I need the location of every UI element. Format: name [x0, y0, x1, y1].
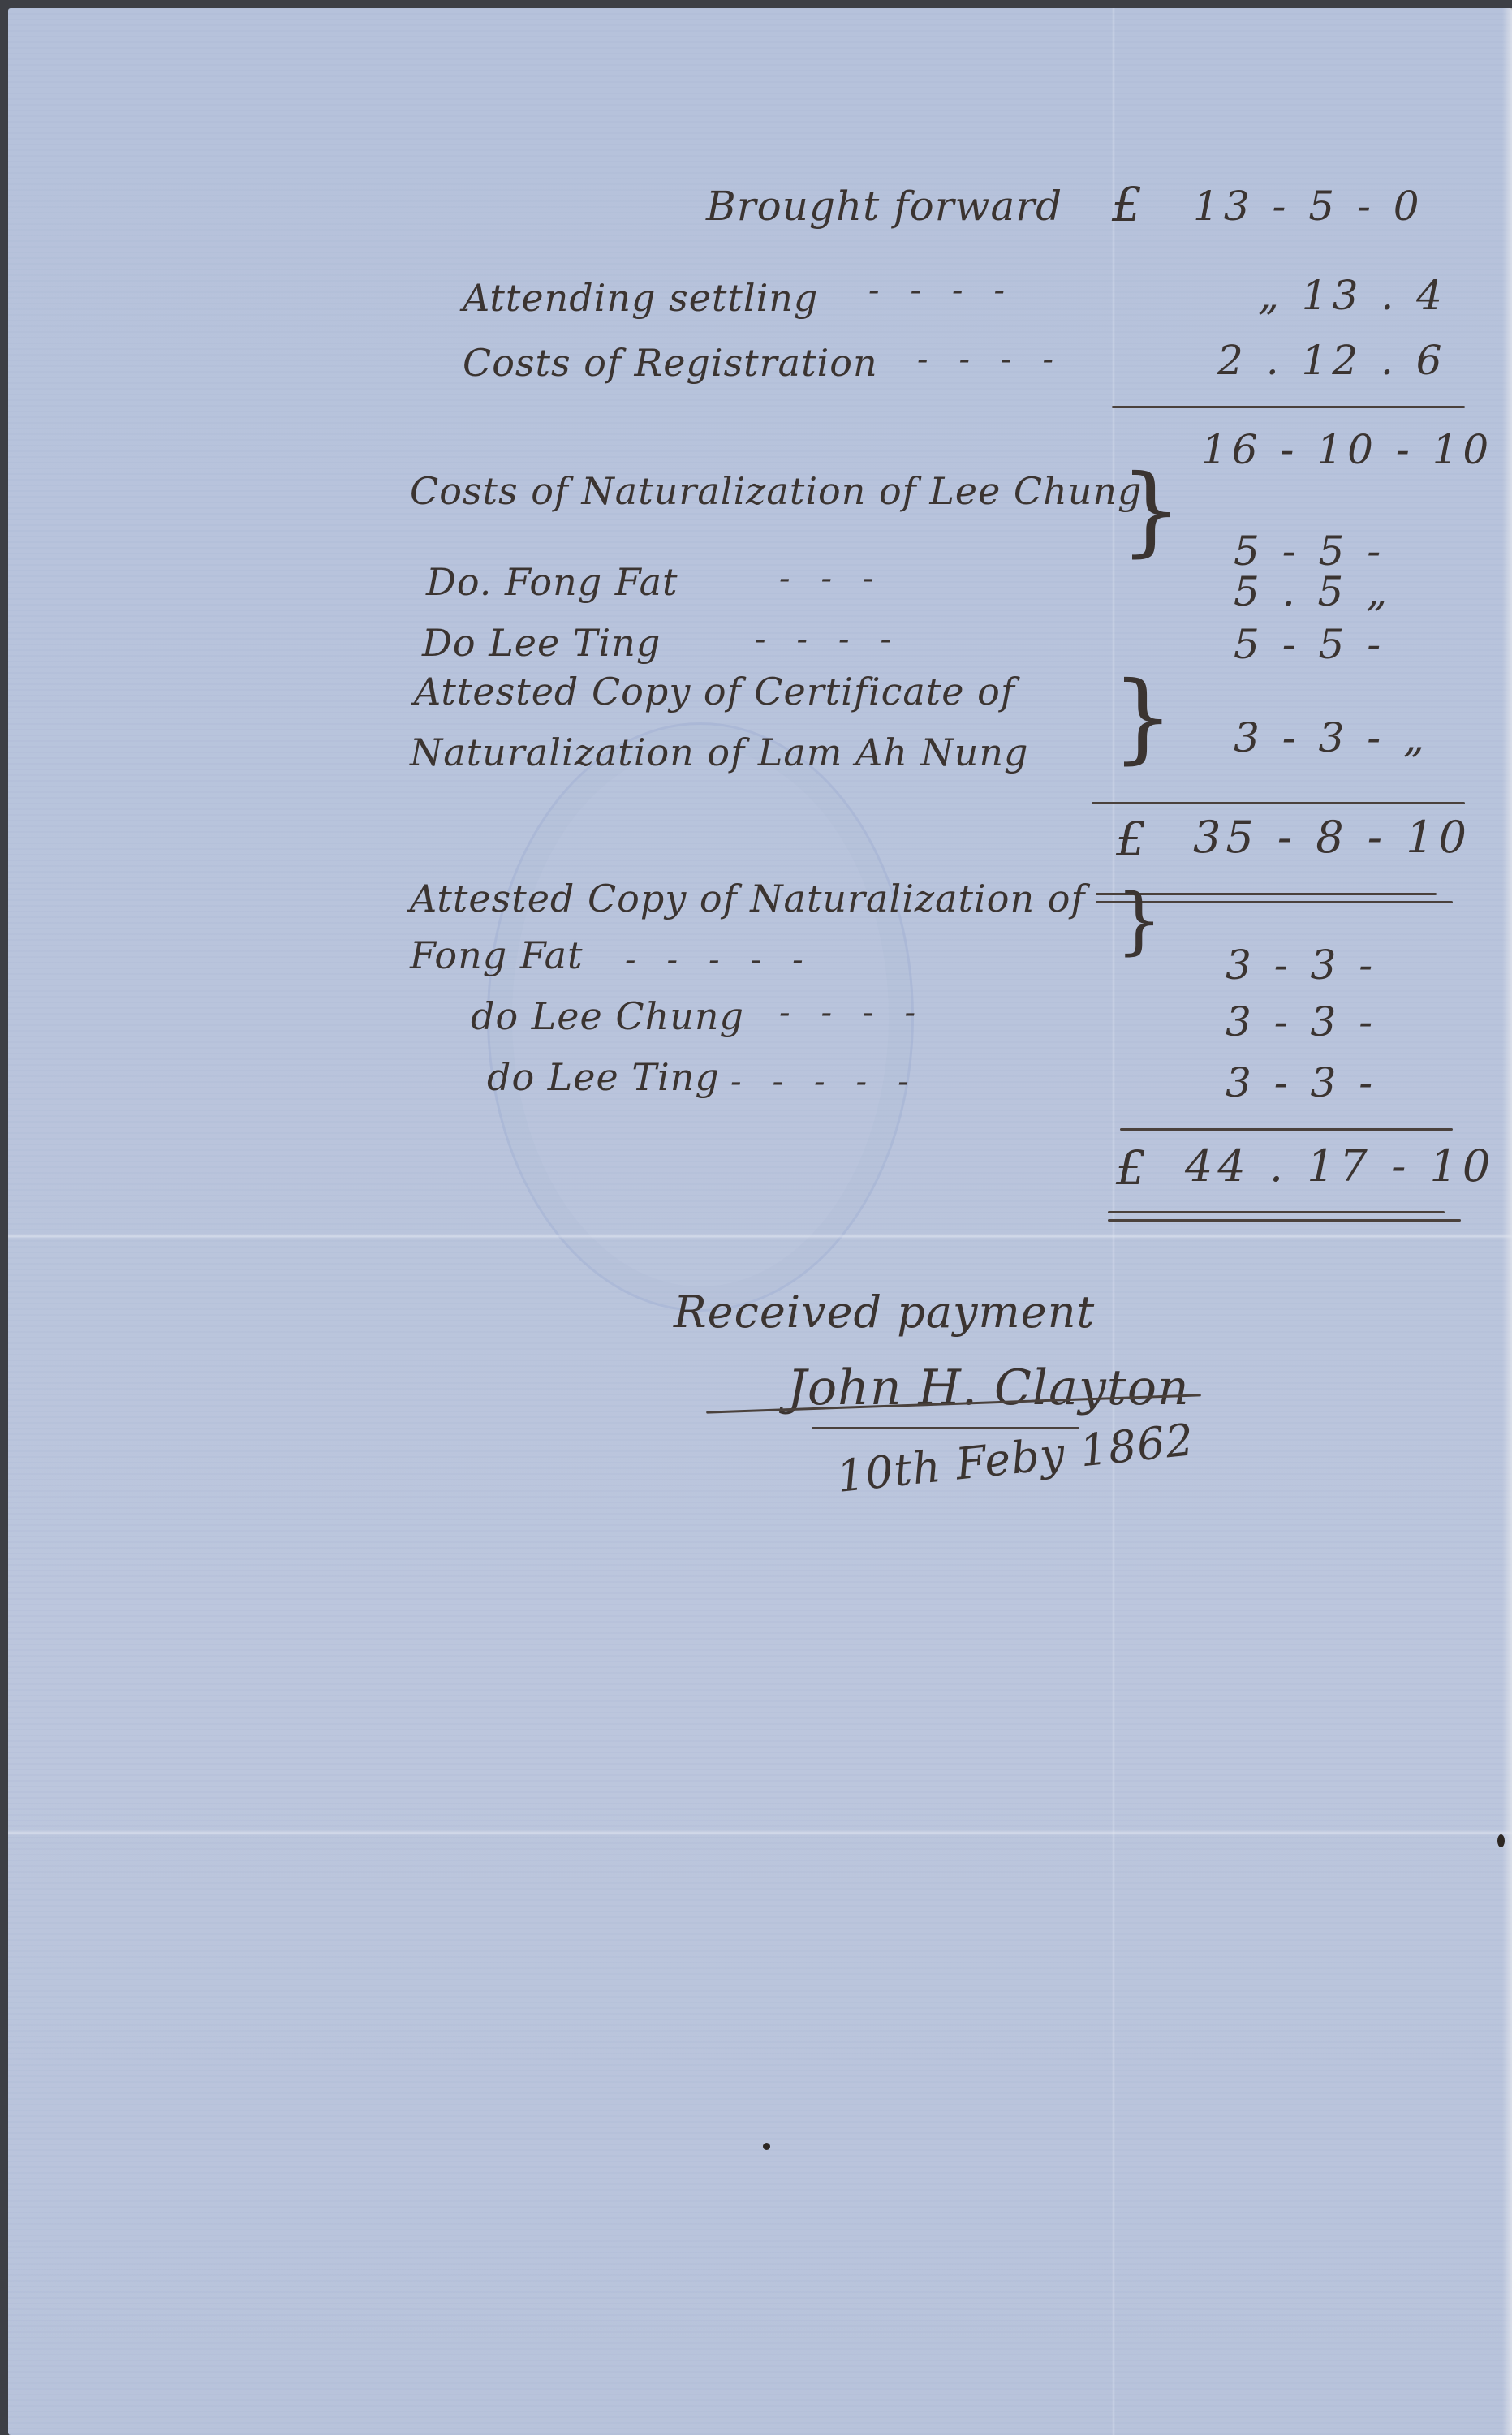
item-amount: 3 - 3 - „: [1234, 714, 1429, 761]
leader-dashes: ----: [868, 272, 1036, 309]
double-rule: [1108, 1211, 1445, 1213]
bracket: }: [1112, 670, 1174, 767]
currency-symbol: £: [1112, 177, 1147, 232]
fold-line: [8, 1830, 1512, 1835]
bracket: }: [1120, 463, 1182, 560]
item-label-line2: Naturalization of Lam Ah Nung: [410, 730, 1028, 774]
fold-line: [8, 1234, 1512, 1239]
sum-rule: [1112, 406, 1465, 408]
fold-line: [1112, 8, 1115, 2435]
brought-forward-label: Brought forward: [706, 183, 1062, 230]
item-amount: 3 - 3 -: [1226, 1059, 1377, 1106]
item-label: Do Lee Ting: [422, 621, 661, 665]
item-label: Costs of Registration: [463, 341, 878, 385]
currency-symbol: £: [1116, 1140, 1151, 1196]
brought-forward-amount: 13 - 5 - 0: [1193, 183, 1424, 230]
item-amount: 3 - 3 -: [1226, 942, 1377, 989]
double-rule: [1108, 1219, 1461, 1222]
item-amount: 5 . 5 „: [1234, 568, 1392, 615]
ink-dot: [763, 2143, 770, 2150]
item-label: Attending settling: [463, 276, 818, 320]
item-amount: 5 - 5 -: [1234, 621, 1385, 668]
item-amount: 3 - 3 -: [1226, 998, 1377, 1045]
leader-dashes: -----: [625, 942, 834, 979]
grand-total: 44 . 17 - 10: [1185, 1140, 1495, 1192]
subtotal-2: 35 - 8 - 10: [1193, 812, 1471, 863]
item-label-line2: Fong Fat: [410, 933, 584, 977]
leader-dashes: ----: [755, 621, 922, 658]
item-amount: 2 . 12 . 6: [1217, 337, 1447, 384]
item-amount: „ 13 . 4: [1258, 272, 1447, 319]
item-label: Do. Fong Fat: [426, 560, 678, 604]
paper-edge: [1502, 8, 1512, 2435]
bracket: }: [1116, 885, 1162, 958]
item-label: Costs of Naturalization of Lee Chung: [410, 469, 1142, 513]
document-page: Brought forward £ 13 - 5 - 0 Attending s…: [8, 8, 1512, 2435]
leader-dashes: ---: [779, 560, 905, 597]
sum-rule: [1092, 802, 1465, 804]
item-label-line1: Attested Copy of Naturalization of: [410, 877, 1085, 920]
currency-symbol: £: [1116, 812, 1151, 867]
item-label: do Lee Ting: [487, 1055, 720, 1099]
leader-dashes: ----: [779, 994, 946, 1032]
item-label: do Lee Chung: [471, 994, 744, 1038]
received-payment-text: Received payment: [674, 1286, 1095, 1338]
item-label-line1: Attested Copy of Certificate of: [414, 670, 1015, 713]
leader-dashes: ----: [917, 341, 1084, 378]
subtotal-1: 16 - 10 - 10: [1201, 426, 1493, 473]
signature-underline: [812, 1427, 1079, 1429]
sum-rule: [1120, 1128, 1453, 1131]
paper-hole: [1497, 1834, 1505, 1847]
leader-dashes: -----: [730, 1063, 940, 1101]
